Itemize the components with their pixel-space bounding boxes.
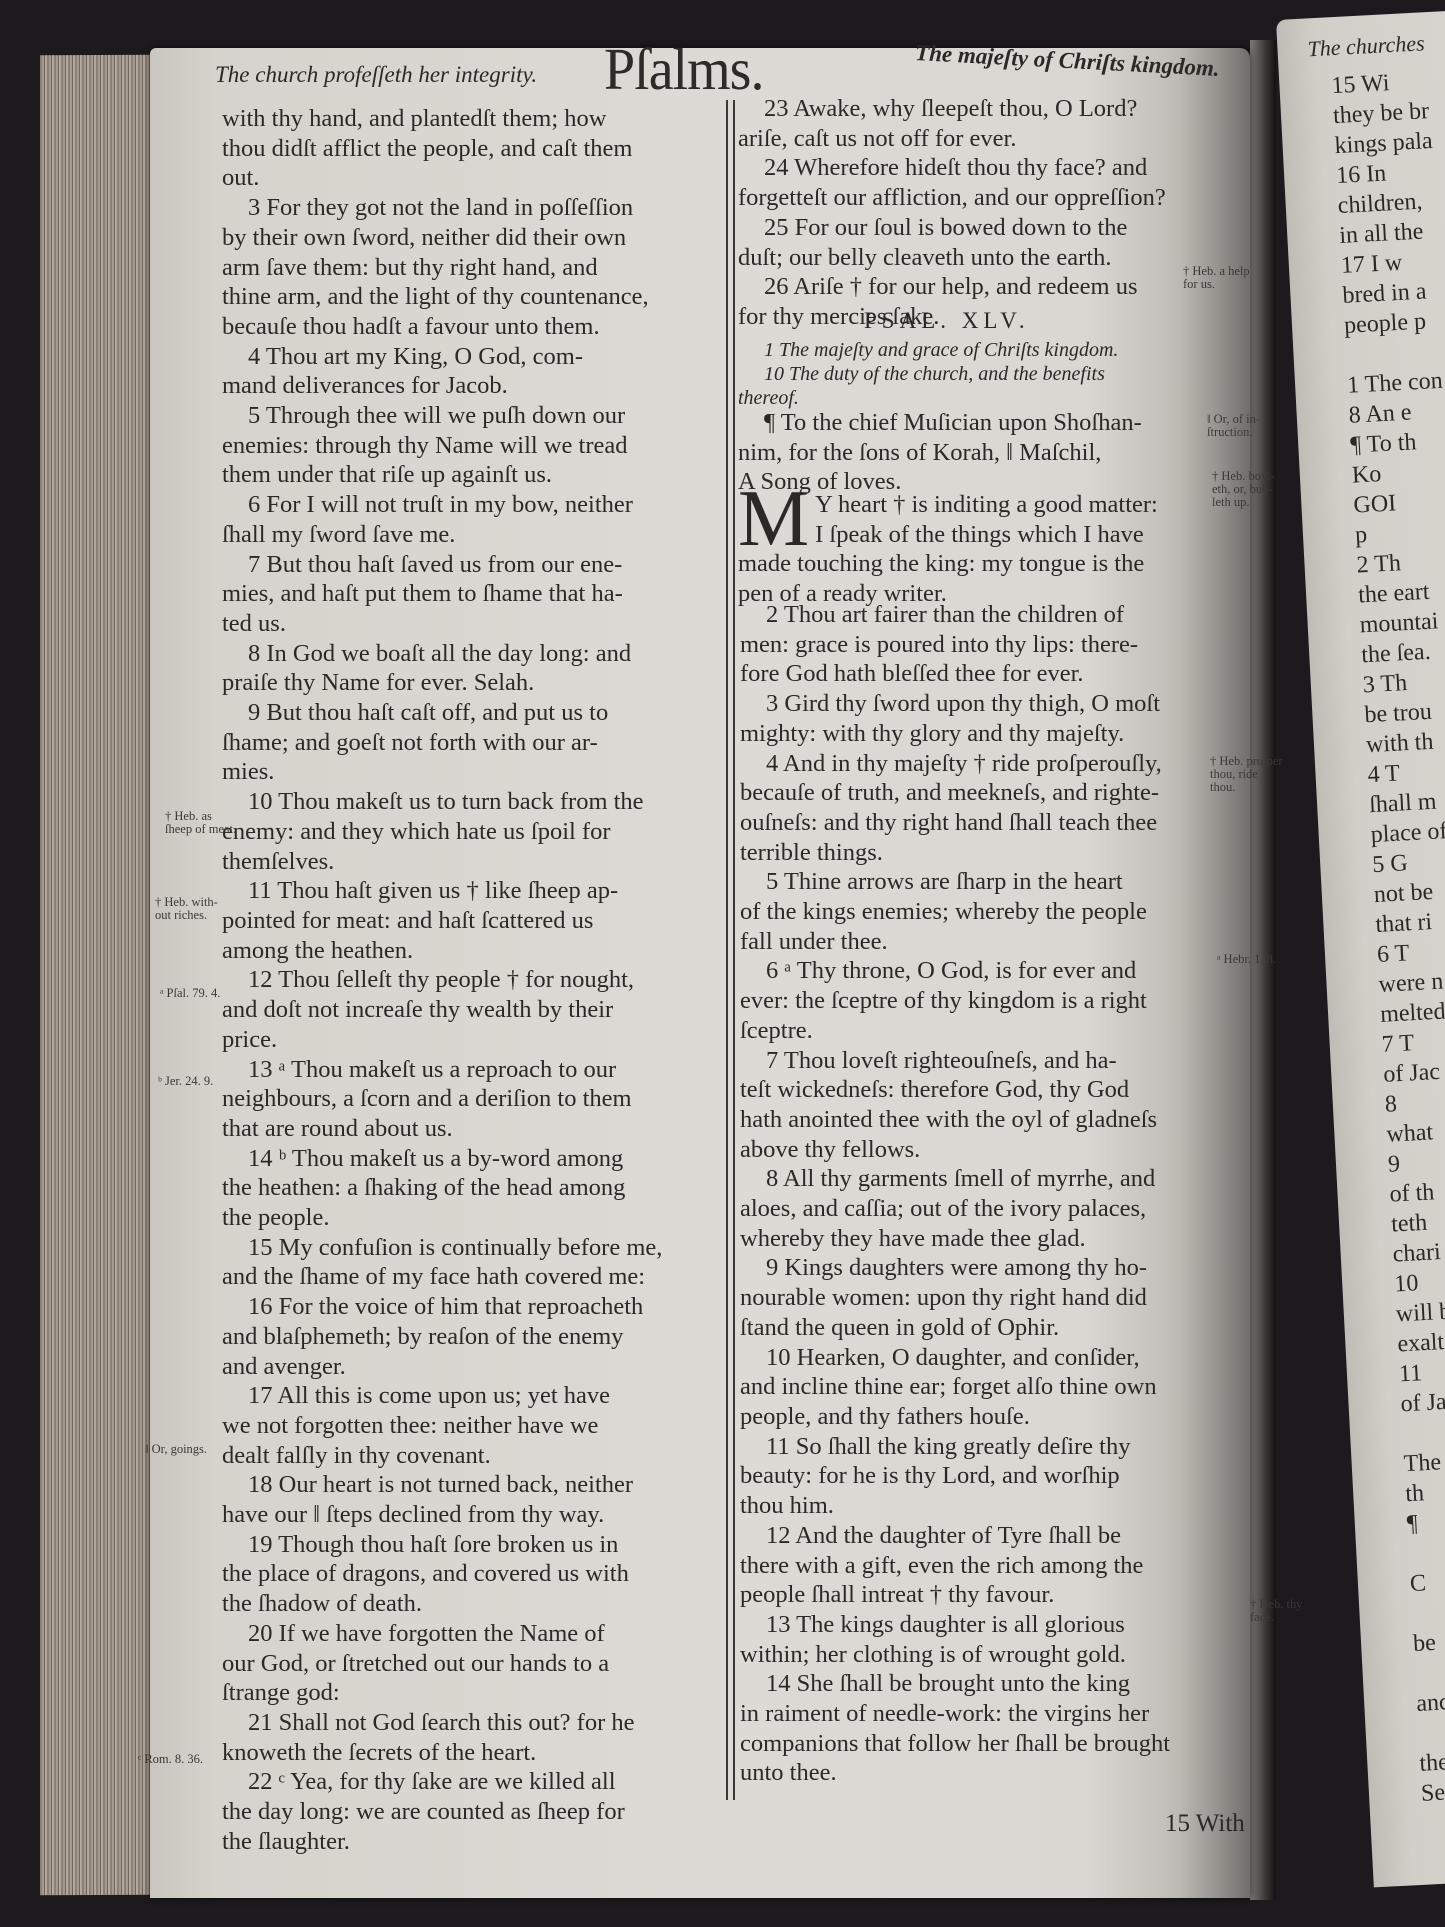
text-line: 21 Shall not God ſearch this out? for he — [222, 1708, 722, 1738]
text-line: 24 Wherefore hideſt thou thy face? and — [738, 153, 1178, 183]
facing-text-fragment: p — [1354, 515, 1445, 550]
superscription-line: ¶ To the chief Muſician upon Shoſhan- — [738, 408, 1142, 438]
facing-text-fragment: C — [1409, 1564, 1445, 1599]
text-line: the ſhadow of death. — [222, 1589, 722, 1619]
text-line: 4 Thou art my King, O God, com- — [222, 342, 722, 372]
text-line: the heathen: a ſhaking of the head among — [222, 1173, 722, 1203]
facing-text-fragment: The — [1403, 1444, 1445, 1479]
text-line: aloes, and caſſia; out of the ivory pala… — [740, 1194, 1200, 1224]
text-line: whereby they have made thee glad. — [740, 1224, 1200, 1254]
facing-text-fragment: not be — [1373, 875, 1445, 910]
facing-text-fragment — [1417, 1714, 1445, 1749]
text-line: pointed for meat: and haſt ſcattered us — [222, 906, 722, 936]
margin-note: † Heb. thy face. — [1250, 1598, 1325, 1624]
facing-text-fragment: 10 — [1394, 1264, 1445, 1299]
facing-text-fragment: will b — [1395, 1294, 1445, 1329]
facing-text-fragment: what — [1386, 1115, 1445, 1150]
text-line: dealt falſly in thy covenant. — [222, 1441, 722, 1471]
text-line: 10 Hearken, O daughter, and conſider, — [740, 1343, 1200, 1373]
facing-text-fragment: 3 Th — [1362, 665, 1445, 700]
text-line: thou him. — [740, 1491, 1200, 1521]
text-line: companions that follow her ſhall be brou… — [740, 1729, 1200, 1759]
text-line: there with a gift, even the rich among t… — [740, 1551, 1200, 1581]
text-line: 7 But thou haſt ſaved us from our ene- — [222, 550, 722, 580]
text-line: ſceptre. — [740, 1016, 1200, 1046]
facing-text-fragment: of th — [1389, 1175, 1445, 1210]
facing-text-fragment: Se — [1420, 1774, 1445, 1809]
facing-text-fragment: were n — [1378, 965, 1445, 1000]
drop-cap: M — [738, 490, 809, 548]
text-line: mand deliverances for Jacob. — [222, 371, 722, 401]
catchword: 15 With — [1165, 1810, 1245, 1838]
text-line: among the heathen. — [222, 936, 722, 966]
text-line: ſtand the queen in gold of Ophir. — [740, 1313, 1200, 1343]
text-line: and avenger. — [222, 1352, 722, 1382]
text-line: the ſlaughter. — [222, 1827, 722, 1857]
text-line: made touching the king: my tongue is the — [738, 549, 1198, 579]
text-line: 12 Thou ſelleſt thy people † for nought, — [222, 965, 722, 995]
text-line: and blaſphemeth; by reaſon of the enemy — [222, 1322, 722, 1352]
text-line: and the ſhame of my face hath covered me… — [222, 1262, 722, 1292]
text-line: 9 But thou haſt caſt off, and put us to — [222, 698, 722, 728]
facing-text-fragment: 6 T — [1376, 935, 1445, 970]
facing-text-fragment: 4 T — [1367, 755, 1445, 790]
facing-running-head: The churches — [1307, 30, 1425, 62]
margin-note: ᶜ Rom. 8. 36. — [138, 1753, 213, 1766]
text-line: our God, or ſtretched out our hands to a — [222, 1649, 722, 1679]
margin-note: † Heb. a help for us. — [1183, 265, 1258, 291]
book-page-edges — [40, 55, 155, 1896]
facing-text-fragment: 8 — [1384, 1085, 1445, 1120]
text-line: terrible things. — [740, 838, 1200, 868]
text-line: people ſhall intreat † thy favour. — [740, 1580, 1200, 1610]
text-line: knoweth the ſecrets of the heart. — [222, 1738, 722, 1768]
text-line: and doſt not increaſe thy wealth by thei… — [222, 995, 722, 1025]
text-line: ouſneſs: and thy right hand ſhall teach … — [740, 808, 1200, 838]
text-line: teſt wickedneſs: therefore God, thy God — [740, 1075, 1200, 1105]
running-head-left: The church profeſſeth her integrity. — [215, 62, 537, 88]
text-line: 10 Thou makeſt us to turn back from the — [222, 787, 722, 817]
margin-note: † Heb. proſper thou, ride thou. — [1210, 755, 1285, 794]
text-line: becauſe thou hadſt a favour unto them. — [222, 312, 722, 342]
psalm-verse-1: M Y heart † is inditing a good matter:I … — [738, 490, 1198, 609]
text-line: 13 ᵃ Thou makeſt us a reproach to our — [222, 1055, 722, 1085]
text-line: and incline thine ear; forget alſo thine… — [740, 1372, 1200, 1402]
facing-text-fragment: of Jac — [1383, 1055, 1445, 1090]
text-line: 3 Gird thy ſword upon thy thigh, O moſt — [740, 689, 1200, 719]
text-line: ſhall my ſword ſave me. — [222, 520, 722, 550]
text-line: mighty: with thy glory and thy majeſty. — [740, 719, 1200, 749]
text-line: with thy hand, and plantedſt them; how — [222, 104, 722, 134]
text-line: 26 Ariſe † for our help, and redeem us — [738, 272, 1178, 302]
text-line: people, and thy fathers houſe. — [740, 1402, 1200, 1432]
text-line: 16 For the voice of him that reproacheth — [222, 1292, 722, 1322]
facing-text-fragment: with th — [1365, 725, 1445, 760]
facing-text-fragment: that ri — [1375, 905, 1445, 940]
text-line: duſt; our belly cleaveth unto the earth. — [738, 243, 1178, 273]
text-line: within; her clothing is of wrought gold. — [740, 1640, 1200, 1670]
summary-line: 1 The majeſty and grace of Chriſts kingd… — [738, 338, 1118, 362]
facing-text-fragment: be trou — [1364, 695, 1445, 730]
text-line: out. — [222, 163, 722, 193]
text-line: arm ſave them: but thy right hand, and — [222, 253, 722, 283]
text-line: 6 For I will not truſt in my bow, neithe… — [222, 490, 722, 520]
text-line: 12 And the daughter of Tyre ſhall be — [740, 1521, 1200, 1551]
facing-text-fragment: 5 G — [1372, 845, 1445, 880]
text-line: praiſe thy Name for ever. Selah. — [222, 668, 722, 698]
text-line: the people. — [222, 1203, 722, 1233]
text-line: that are round about us. — [222, 1114, 722, 1144]
column-rule — [733, 100, 735, 1800]
margin-note: † Heb. with-out riches. — [155, 896, 230, 922]
text-line: 25 For our ſoul is bowed down to the — [738, 213, 1178, 243]
facing-text-fragment: kings pala — [1334, 126, 1433, 161]
text-line: ariſe, caſt us not off for ever. — [738, 124, 1178, 154]
text-line: of the kings enemies; whereby the people — [740, 897, 1200, 927]
text-line: 23 Awake, why ſleepeſt thou, O Lord? — [738, 94, 1178, 124]
text-line: 2 Thou art fairer than the children of — [740, 600, 1200, 630]
facing-text-fragment: 9 — [1387, 1145, 1445, 1180]
text-line: 19 Though thou haſt ſore broken us in — [222, 1530, 722, 1560]
text-line: forgetteſt our affliction, and our oppre… — [738, 183, 1178, 213]
text-line: 9 Kings daughters were among thy ho- — [740, 1253, 1200, 1283]
text-line: in raiment of needle-work: the virgins h… — [740, 1699, 1200, 1729]
text-line: above thy fellows. — [740, 1135, 1200, 1165]
facing-text-fragment: ¶ To th — [1350, 426, 1445, 461]
facing-text-fragment: ſhall m — [1368, 785, 1445, 820]
text-line: unto thee. — [740, 1758, 1200, 1788]
text-line: 8 All thy garments ſmell of myrrhe, and — [740, 1164, 1200, 1194]
facing-text-fragment: melted — [1379, 995, 1445, 1030]
facing-text-fragment: ¶ — [1406, 1504, 1445, 1539]
facing-text-fragment: the ſea. — [1361, 635, 1445, 670]
text-line: ever: the ſceptre of thy kingdom is a ri… — [740, 986, 1200, 1016]
facing-text-fragment: teth — [1390, 1205, 1445, 1240]
text-line: them under that riſe up againſt us. — [222, 460, 722, 490]
facing-text-fragment: anc — [1416, 1684, 1445, 1719]
margin-note: ᵃ Pſal. 79. 4. — [160, 987, 235, 1000]
facing-text-fragment: th — [1405, 1474, 1445, 1509]
text-line: becauſe of truth, and meekneſs, and righ… — [740, 778, 1200, 808]
psalm-summary: 1 The majeſty and grace of Chriſts kingd… — [738, 338, 1118, 410]
text-line: beauty: for he is thy Lord, and worſhip — [740, 1461, 1200, 1491]
facing-text-fragment: 2 Th — [1356, 545, 1445, 580]
text-line: we not forgotten thee: neither have we — [222, 1411, 722, 1441]
text-line: nourable women: upon thy right hand did — [740, 1283, 1200, 1313]
facing-text-fragment: in all the — [1339, 216, 1438, 251]
margin-note: † Heb. boyl-eth, or, bub-leth up. — [1212, 470, 1287, 509]
text-line: 11 So ſhall the king greatly deſire thy — [740, 1432, 1200, 1462]
summary-line: 10 The duty of the church, and the benef… — [738, 362, 1118, 386]
text-line: 17 All this is come upon us; yet have — [222, 1381, 722, 1411]
text-line: fall under thee. — [740, 927, 1200, 957]
text-line: 15 My confuſion is continually before me… — [222, 1233, 722, 1263]
text-line: fore God hath bleſſed thee for ever. — [740, 659, 1200, 689]
facing-text-fragment: bred in a — [1342, 276, 1441, 311]
text-line: 3 For they got not the land in poſſeſſio… — [222, 193, 722, 223]
text-line: 13 The kings daughter is all glorious — [740, 1610, 1200, 1640]
text-line: 14 ᵇ Thou makeſt us a by-word among — [222, 1144, 722, 1174]
facing-text-fragment: of Ja — [1400, 1384, 1445, 1419]
facing-text-fragment: be — [1412, 1624, 1445, 1659]
margin-note: † Heb. as ſheep of meat. — [165, 810, 240, 836]
left-column-text: with thy hand, and plantedſt them; howth… — [222, 104, 722, 1856]
facing-text-fragment: the — [1419, 1744, 1445, 1779]
text-line: hath anointed thee with the oyl of gladn… — [740, 1105, 1200, 1135]
facing-text-fragment: place of — [1370, 815, 1445, 850]
facing-text-fragment: 11 — [1398, 1354, 1445, 1389]
right-column-text-top: 23 Awake, why ſleepeſt thou, O Lord?ariſ… — [738, 94, 1178, 332]
margin-note: ‖ Or, goings. — [145, 1443, 220, 1456]
text-line: thou didſt afflict the people, and caſt … — [222, 134, 722, 164]
text-line: men: grace is poured into thy lips: ther… — [740, 630, 1200, 660]
facing-text-fragment: exalt — [1397, 1324, 1445, 1359]
text-line: enemies: through thy Name will we tread — [222, 431, 722, 461]
facing-text-fragment: mountai — [1359, 605, 1445, 640]
facing-text-fragment — [1408, 1534, 1445, 1569]
text-line: thine arm, and the light of thy countena… — [222, 282, 722, 312]
facing-text-fragment: the eart — [1357, 575, 1445, 610]
text-line: 4 And in thy majeſty † ride proſperouſly… — [740, 749, 1200, 779]
text-line: 5 Through thee will we puſh down our — [222, 401, 722, 431]
text-line: themſelves. — [222, 847, 722, 877]
text-line: 14 She ſhall be brought unto the king — [740, 1669, 1200, 1699]
text-line: the day long: we are counted as ſheep fo… — [222, 1797, 722, 1827]
text-line: mies, and haſt put them to ſhame that ha… — [222, 579, 722, 609]
text-line: ſtrange god: — [222, 1678, 722, 1708]
text-line: enemy: and they which hate us ſpoil for — [222, 817, 722, 847]
right-column-text: 2 Thou art fairer than the children ofme… — [740, 600, 1200, 1788]
text-line: neighbours, a ſcorn and a deriſion to th… — [222, 1084, 722, 1114]
text-line: 7 Thou loveſt righteouſneſs, and ha- — [740, 1046, 1200, 1076]
facing-text-fragment: GOI — [1353, 486, 1445, 521]
facing-text-fragment: 1 The con — [1346, 366, 1445, 401]
text-line: ſhame; and goeſt not forth with our ar- — [222, 728, 722, 758]
margin-note: ᵇ Jer. 24. 9. — [158, 1075, 233, 1088]
text-line: 20 If we have forgotten the Name of — [222, 1619, 722, 1649]
text-line: 8 In God we boaſt all the day long: and — [222, 639, 722, 669]
facing-page-text: 15 Withey be brkings pala16 Inchildren,i… — [1331, 66, 1445, 1809]
text-line: 6 ᵃ Thy throne, O God, is for ever and — [740, 956, 1200, 986]
superscription-line: nim, for the ſons of Korah, ‖ Maſchil, — [738, 438, 1142, 468]
margin-note: ‖ Or, of in-ſtruction. — [1207, 413, 1282, 439]
text-line: 18 Our heart is not turned back, neither — [222, 1470, 722, 1500]
text-line: 11 Thou haſt given us † like ſheep ap- — [222, 876, 722, 906]
facing-text-fragment — [1414, 1654, 1445, 1689]
facing-text-fragment: Ko — [1351, 456, 1445, 491]
text-line: have our ‖ ſteps declined from thy way. — [222, 1500, 722, 1530]
text-line: mies. — [222, 757, 722, 787]
summary-line: thereof. — [738, 386, 1118, 410]
facing-text-fragment — [1411, 1594, 1445, 1629]
column-rule — [726, 100, 728, 1800]
facing-text-fragment — [1401, 1414, 1445, 1449]
text-line: ted us. — [222, 609, 722, 639]
text-line: by their own ſword, neither did their ow… — [222, 223, 722, 253]
facing-text-fragment: 7 T — [1381, 1025, 1445, 1060]
margin-note: ᵃ Hebr. 1. 8. — [1217, 953, 1292, 966]
text-line: price. — [222, 1025, 722, 1055]
text-line: the place of dragons, and covered us wit… — [222, 1559, 722, 1589]
facing-text-fragment: chari — [1392, 1234, 1445, 1269]
text-line: 5 Thine arrows are ſharp in the heart — [740, 867, 1200, 897]
text-line: 22 ᶜ Yea, for thy ſake are we killed all — [222, 1767, 722, 1797]
psalm-heading: PSAL. XLV. — [864, 308, 1030, 334]
